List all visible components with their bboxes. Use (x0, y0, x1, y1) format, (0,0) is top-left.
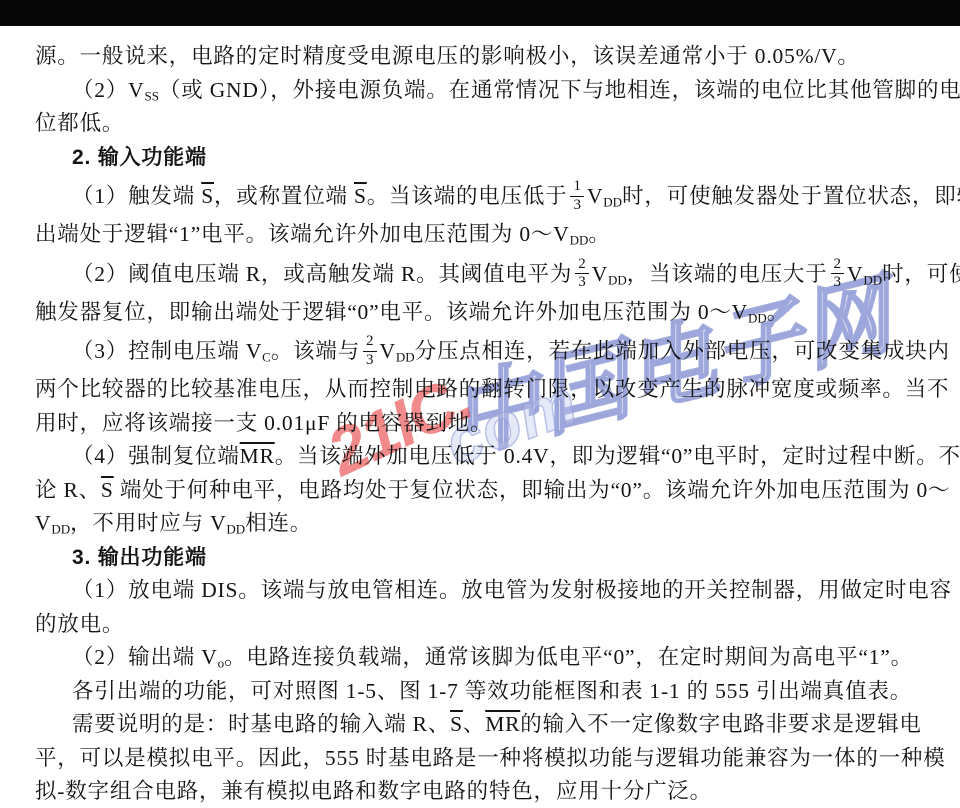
text-line: 的放电。 (35, 608, 940, 642)
stacked-fraction: 23 (575, 256, 589, 292)
text-line: 平，可以是模拟电平。因此，555 时基电路是一种将模拟功能与逻辑功能兼容为一体的… (35, 742, 940, 776)
scanned-book-page: { "page": { "top_bar_color": "#070707", … (0, 0, 960, 808)
overlined-signal: MR (240, 444, 275, 468)
subscript: DD (863, 272, 882, 287)
text-line: 两个比较器的比较基准电压，从而控制电路的翻转门限，以改变产生的脉冲宽度或频率。当… (35, 373, 940, 407)
subscript: C (262, 350, 271, 365)
text-line: （1）放电端 DIS。该端与放电管相连。放电管为发射极接地的开关控制器，用做定时… (35, 574, 940, 608)
subscript: o (218, 656, 225, 671)
subscript: DD (396, 350, 415, 365)
text-line: 位都低。 (35, 107, 940, 141)
subscript: DD (608, 272, 627, 287)
text-line: （4）强制复位端MR。当该端外加电压低于 0.4V，即为逻辑“0”电平时，定时过… (35, 440, 940, 474)
text-line: （2）VSS（或 GND），外接电源负端。在通常情况下与地相连，该端的电位比其他… (35, 74, 940, 108)
overlined-signal: S (450, 712, 463, 736)
stacked-fraction: 13 (570, 178, 584, 214)
subscript: DD (748, 310, 767, 325)
text-line: （1）触发端 S，或称置位端 S。当该端的电压低于13VDD时，可使触发器处于置… (35, 174, 940, 218)
overlined-signal: S (201, 184, 214, 208)
overlined-signal: S (101, 478, 114, 502)
text-line: 触发器复位，即输出端处于逻辑“0”电平。该端允许外加电压范围为 0～VDD。 (35, 296, 940, 330)
text-line: 用时，应将该端接一支 0.01μF 的电容器到地。 (35, 407, 940, 441)
overlined-signal: S (354, 184, 367, 208)
text-line: （2）阈值电压端 R，或高触发端 R。其阈值电平为23VDD，当该端的电压大于2… (35, 252, 940, 296)
text-line: 出端处于逻辑“1”电平。该端允许外加电压范围为 0～VDD。 (35, 218, 940, 252)
text-line: 拟-数字组合电路，兼有模拟电路和数字电路的特色，应用十分广泛。 (35, 775, 940, 808)
overlined-signal: MR (485, 712, 520, 736)
subscript: DD (226, 522, 245, 537)
stacked-fraction: 23 (831, 256, 845, 292)
text-line: 源。一般说来，电路的定时精度受电源电压的影响极小，该误差通常小于 0.05%/V… (35, 40, 940, 74)
section-heading-line: 3. 输出功能端 (35, 541, 940, 575)
page-body: 源。一般说来，电路的定时精度受电源电压的影响极小，该误差通常小于 0.05%/V… (35, 40, 940, 808)
subscript: SS (144, 88, 158, 103)
scan-edge-black-bar (0, 0, 960, 26)
text-line: （3）控制电压端 VC。该端与23VDD分压点相连，若在此端加入外部电压，可改变… (35, 329, 940, 373)
subscript: DD (51, 522, 70, 537)
subscript: DD (603, 195, 622, 210)
stacked-fraction: 23 (363, 333, 377, 369)
text-line: （2）输出端 Vo。电路连接负载端，通常该脚为低电平“0”，在定时期间为高电平“… (35, 641, 940, 675)
section-heading-line: 2. 输入功能端 (35, 141, 940, 175)
text-line: 各引出端的功能，可对照图 1-5、图 1-7 等效功能框图和表 1-1 的 55… (35, 675, 940, 709)
text-line: 论 R、S 端处于何种电平，电路均处于复位状态，即输出为“0”。该端允许外加电压… (35, 474, 940, 508)
text-line: 需要说明的是：时基电路的输入端 R、S、MR的输入不一定像数字电路非要求是逻辑电 (35, 708, 940, 742)
text-line: VDD，不用时应与 VDD相连。 (35, 507, 940, 541)
subscript: DD (570, 233, 589, 248)
